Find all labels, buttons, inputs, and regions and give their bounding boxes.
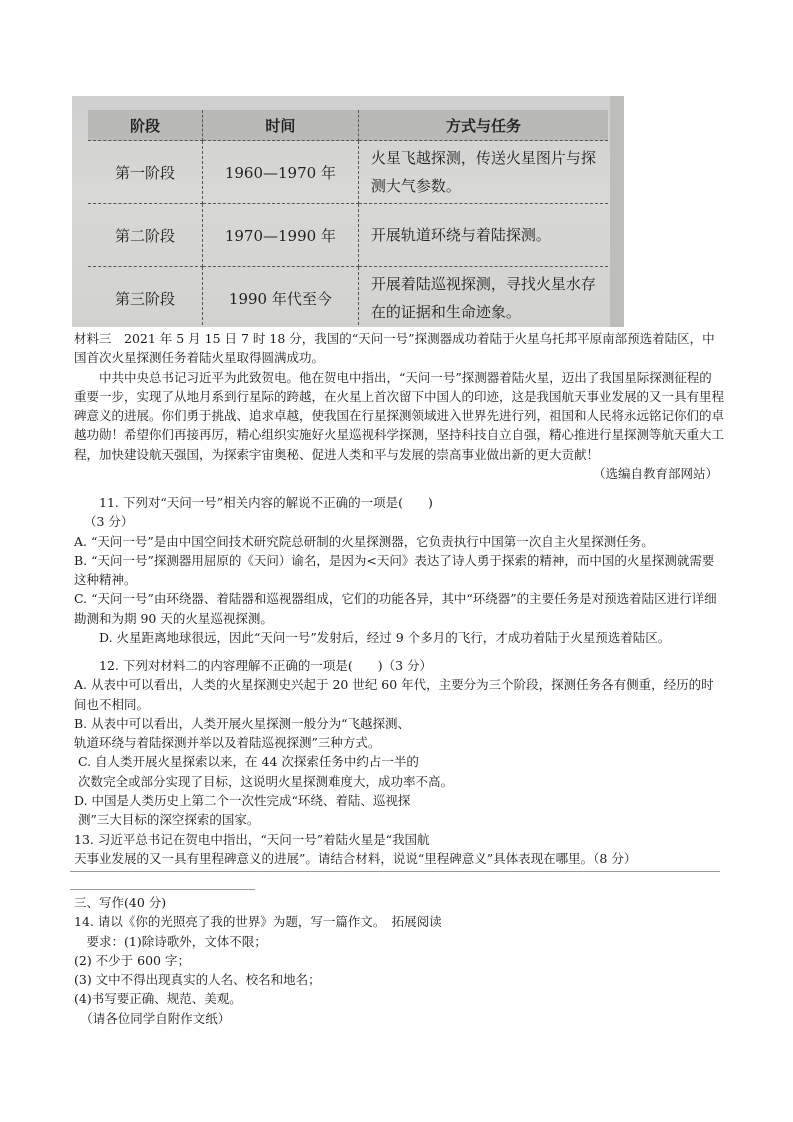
q12-option-b-line2: 轨道环绕与着陆探测并举以及着陆巡视探测”三种方式。 — [74, 733, 724, 752]
q12-option-d-line2: 测”三大目标的深空探索的国家。 — [74, 810, 724, 829]
table-row: 第二阶段 1970—1990 年 开展轨道环绕与着陆探测。 — [88, 204, 608, 267]
cell-time: 1960—1970 年 — [202, 141, 358, 204]
cell-stage: 第三阶段 — [88, 267, 202, 328]
q14-prompt: 14. 请以《你的光照亮了我的世界》为题，写一篇作文。 拓展阅读 — [74, 912, 724, 931]
q11-option-a: A. “天问一号”是由中国空间技术研究院总研制的火星探测器，它负责执行中国第一次… — [74, 532, 724, 551]
q11-option-d: D. 火星距离地球很远，因此“天问一号”发射后，经过 9 个多月的飞行，才成功着… — [74, 628, 724, 647]
q11-score: （3 分） — [74, 512, 724, 531]
q12-option-b-line1: B. 从表中可以看出，人类开展火星探测一般分为“飞越探测、 — [74, 714, 724, 733]
header-stage: 阶段 — [88, 110, 202, 141]
q12-option-a: A. 从表中可以看出，人类的火星探测史兴起于 20 世纪 60 年代，主要分为三… — [74, 675, 724, 714]
mars-exploration-stage-table: 阶段 时间 方式与任务 第一阶段 1960—1970 年 火星飞越探测，传送火星… — [88, 110, 608, 327]
cell-stage: 第二阶段 — [88, 204, 202, 267]
material-three: 材料三 2021 年 5 月 15 日 7 时 18 分，我国的“天问一号”探测… — [74, 329, 724, 483]
section-divider — [70, 889, 255, 890]
cell-task: 火星飞越探测，传送火星图片与探测大气参数。 — [358, 141, 608, 204]
q14-note: （请各位同学自附作文纸） — [74, 1009, 724, 1028]
q13-line1: 13. 习近平总书记在贺电中指出，“天问一号”着陆火星是“我国航 — [74, 830, 724, 849]
q13-line2: 天事业发展的又一具有里程碑意义的进展”。请结合材料，说说“里程碑意义”具体表现在… — [74, 849, 724, 868]
cell-time: 1990 年代至今 — [202, 267, 358, 328]
header-task: 方式与任务 — [358, 110, 608, 141]
q14-requirement-1: 要求：(1)除诗歌外，文体不限； — [74, 932, 724, 951]
question-12: 12. 下列对材料二的内容理解不正确的一项是( )（3 分） A. 从表中可以看… — [74, 656, 724, 868]
q14-requirement-4: (4)书写要正确、规范、美观。 — [74, 989, 724, 1008]
writing-section-title: 三、写作(40 分) — [74, 893, 724, 912]
header-time: 时间 — [202, 110, 358, 141]
q14-requirement-2: (2) 不少于 600 字； — [74, 951, 724, 970]
material3-para2: 中共中央总书记习近平为此致贺电。他在贺电中指出，“天问一号”探测器着陆火星，迈出… — [74, 368, 724, 464]
q11-option-c: C. “天问一号”由环绕器、着陆器和巡视器组成，它们的功能各异，其中“环绕器”的… — [74, 589, 724, 628]
q12-stem: 12. 下列对材料二的内容理解不正确的一项是( )（3 分） — [74, 656, 724, 675]
stage-table-photo: 阶段 时间 方式与任务 第一阶段 1960—1970 年 火星飞越探测，传送火星… — [72, 96, 624, 327]
material3-para1: 材料三 2021 年 5 月 15 日 7 时 18 分，我国的“天问一号”探测… — [74, 329, 724, 368]
writing-section: 三、写作(40 分) 14. 请以《你的光照亮了我的世界》为题，写一篇作文。 拓… — [74, 893, 724, 1028]
q12-option-d-line1: D. 中国是人类历史上第二个一次性完成“环绕、着陆、巡视探 — [74, 791, 724, 810]
q12-option-c-line2: 次数完全或部分实现了目标，这说明火星探测难度大，成功率不高。 — [74, 772, 724, 791]
table-header-row: 阶段 时间 方式与任务 — [88, 110, 608, 141]
q11-option-b: B. “天问一号”探测器用屈原的《天问）谕名，是因为<天问》表达了诗人勇于探索的… — [74, 551, 724, 590]
cell-task: 开展着陆巡视探测，寻找火星水存在的证据和生命迹象。 — [358, 267, 608, 328]
q11-stem: 11. 下列对“天问一号”相关内容的解说不正确的一项是( ) — [74, 493, 724, 512]
cell-stage: 第一阶段 — [88, 141, 202, 204]
table-row: 第三阶段 1990 年代至今 开展着陆巡视探测，寻找火星水存在的证据和生命迹象。 — [88, 267, 608, 328]
q12-option-c-line1: C. 自人类开展火星探索以来，在 44 次探索任务中约占一半的 — [74, 752, 724, 771]
cell-task: 开展轨道环绕与着陆探测。 — [358, 204, 608, 267]
cell-time: 1970—1990 年 — [202, 204, 358, 267]
answer-line — [70, 871, 720, 872]
table-row: 第一阶段 1960—1970 年 火星飞越探测，传送火星图片与探测大气参数。 — [88, 141, 608, 204]
photo-edge — [610, 96, 624, 327]
q14-requirement-3: (3) 文中不得出现真实的人名、校名和地名； — [74, 970, 724, 989]
question-11: 11. 下列对“天问一号”相关内容的解说不正确的一项是( ) （3 分） A. … — [74, 493, 724, 647]
material3-source: （选编自教育部网站） — [74, 464, 724, 483]
